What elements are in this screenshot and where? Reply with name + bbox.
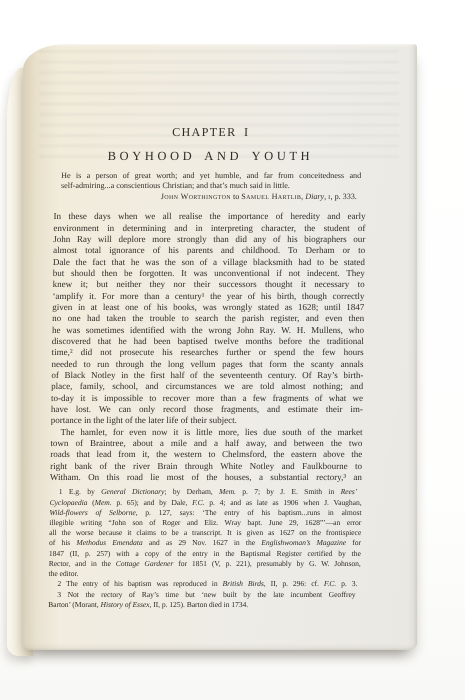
text-line: of Black Notley in the first half of the… <box>51 370 363 381</box>
italic-text: Englishwoman’s Magazine <box>261 538 346 547</box>
text-line: 3 Not the rectory of Ray’s time but ‘new… <box>48 590 360 600</box>
text-line: Rector, and in the Cottage Gardener for … <box>49 559 361 569</box>
italic-text: Wild-flowers of Selborne <box>49 508 135 517</box>
text-line: almost total ignorance of his parents an… <box>53 245 365 256</box>
italic-text: Cottage Gardener <box>116 559 174 568</box>
italic-text: British Birds <box>223 579 264 588</box>
text-line: Barton’ (Morant, History of Essex, II, p… <box>48 600 360 610</box>
text-line: knew it; but neither they nor their succ… <box>53 279 365 290</box>
text-line: to-day it is impossible to recover more … <box>51 393 363 404</box>
text-line: portance in the light of the later life … <box>51 415 363 426</box>
italic-text: General Dictionary <box>101 487 164 496</box>
italic-text: Methodus Emendata <box>76 538 142 547</box>
text-line: place, family, school, and circumstances… <box>51 381 363 392</box>
text-line: He is a person of great worth; and yet h… <box>61 171 361 181</box>
italic-text: History of Essex <box>100 600 149 609</box>
italic-text: Diary <box>305 192 324 201</box>
small-caps-text: Samuel Hartlib <box>241 192 301 201</box>
text-line: self-admiring...a conscientious Christia… <box>61 181 361 191</box>
epigraph-text: He is a person of great worth; and yet h… <box>61 171 361 192</box>
footnotes: 1 E.g. by General Dictionary; by Derham,… <box>48 487 362 609</box>
text-line: time,² did not prosecute his researches … <box>52 347 364 358</box>
text-line: the editor. <box>49 569 361 579</box>
italic-text: Mem. <box>95 498 112 507</box>
text-line: of his Methodus Emendata and as 29 Nov. … <box>49 538 361 548</box>
text-line: given in at least one of his books, was … <box>52 302 364 313</box>
epigraph-attribution: John Worthington to Samuel Hartlib, Diar… <box>61 192 361 202</box>
text-line: discovered that he had been baptised twe… <box>52 336 364 347</box>
text-line: roads that lead from it, the western to … <box>50 449 362 460</box>
text-line: Dale the fact that he was the son of a v… <box>53 257 365 268</box>
text-line: Wild-flowers of Selborne, p. 127, says: … <box>49 508 361 518</box>
text-line: all the worse because it claims to be a … <box>49 528 361 538</box>
text-line: Witham. On this road lie most of the hou… <box>50 472 362 483</box>
text-line: environment in determining and in interp… <box>53 223 365 234</box>
page-content: CHAPTER I BOYHOOD AND YOUTH He is a pers… <box>48 44 368 610</box>
text-line: Cyclopaedia (Mem. p. 65); and by Dale, F… <box>50 498 362 508</box>
text-line: In these days when we all realise the im… <box>54 211 366 222</box>
text-line: 1 E.g. by General Dictionary; by Derham,… <box>50 487 362 497</box>
epigraph: He is a person of great worth; and yet h… <box>61 171 361 202</box>
text-line: ‘amplify it. For more than a century¹ th… <box>52 291 364 302</box>
italic-text: Rees’ <box>341 487 358 496</box>
book-photo: CHAPTER I BOYHOOD AND YOUTH He is a pers… <box>0 0 465 700</box>
italic-text: F.C. <box>324 579 336 588</box>
text-line: no one had taken the trouble to search t… <box>52 313 364 324</box>
small-caps-text: John Worthington <box>161 192 231 201</box>
text-line: needed to run through the long vellum pa… <box>51 359 363 370</box>
small-caps-text: i <box>328 192 330 201</box>
text-line: he was sometimes identified with the wro… <box>52 325 364 336</box>
italic-text: F.C. <box>192 498 204 507</box>
text-line: right bank of the river Brain through Wh… <box>50 461 362 472</box>
text-line: 2 The entry of his baptism was reproduce… <box>48 579 360 589</box>
text-line: illegible writing “John son of Roger and… <box>49 518 361 528</box>
text-line: have lost. We can only record those frag… <box>51 404 363 415</box>
italic-text: Mem. <box>219 487 236 496</box>
text-line: but should then be forgotten. It was unc… <box>53 268 365 279</box>
book-page: CHAPTER I BOYHOOD AND YOUTH He is a pers… <box>23 44 417 650</box>
chapter-title: BOYHOOD AND YOUTH <box>54 150 366 163</box>
text-line: 1847 (II, p. 257) with a copy of the ent… <box>49 549 361 559</box>
body-text: In these days when we all realise the im… <box>50 211 366 483</box>
italic-text: Cyclopaedia <box>50 498 88 507</box>
chapter-heading: CHAPTER I <box>55 126 367 139</box>
text-line: town of Braintree, about a mile and a ha… <box>50 438 362 449</box>
text-line: The hamlet, for even now it is little mo… <box>50 427 362 438</box>
text-line: John Ray will deplore more strongly than… <box>53 234 365 245</box>
